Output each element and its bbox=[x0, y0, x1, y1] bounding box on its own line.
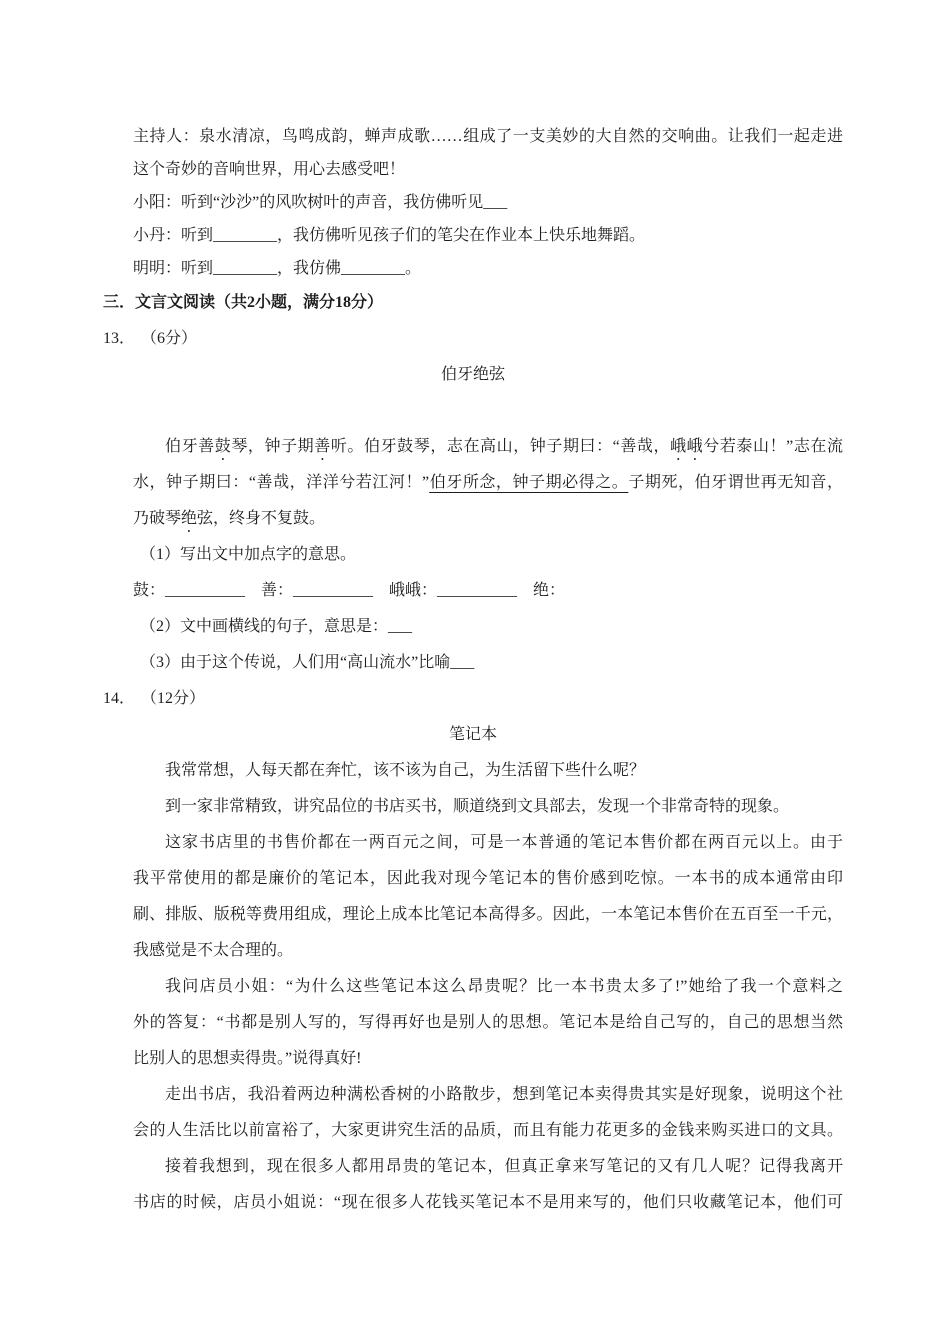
dialogue-line-xiaoyang: 小阳：听到“沙沙”的风吹树叶的声音，我仿佛听见___ bbox=[133, 186, 843, 219]
essay-title: 笔记本 bbox=[103, 717, 843, 753]
question-13-sub1: （1）写出文中加点字的意思。 bbox=[133, 537, 843, 573]
question-13-sub3: （3）由于这个传说，人们用“高山流水”比喻___ bbox=[133, 645, 843, 681]
passage-text: 子期死，伯牙谓世再无知音， bbox=[628, 474, 843, 491]
passage-text: 乃破琴 bbox=[133, 510, 181, 527]
section-heading: 三．文言文阅读（共2小题，满分18分） bbox=[103, 285, 843, 321]
dialogue-line-xiaodan: 小丹：听到________，我仿佛听见孩子们的笔尖在作业本上快乐地舞蹈。 bbox=[133, 219, 843, 252]
emphasized-char: 峨峨 bbox=[670, 438, 703, 455]
dialogue-block: 主持人：泉水清凉，鸟鸣成韵，蝉声成歌……组成了一支美妙的大自然的交响曲。让我们一… bbox=[133, 120, 843, 285]
essay-line-6: 我感觉是不太合理的。 bbox=[133, 933, 843, 969]
essay-line-2: 到一家非常精致，讲究品位的书店买书，顺道绕到文具部去，发现一个非常奇特的现象。 bbox=[133, 789, 843, 825]
essay-line-1: 我常常想，人每天都在奔忙，该不该为自己，为生活留下些什么呢？ bbox=[133, 753, 843, 789]
passage-text: 水，钟子期曰：“善哉，洋洋兮若江河！” bbox=[133, 474, 429, 491]
passage-text: 听。伯牙鼓琴，志在高山，钟子期曰：“善哉， bbox=[331, 438, 670, 455]
essay-line-12: 接着我想到，现在很多人都用昂贵的笔记本，但真正拿来写笔记的又有几人呢？记得我离开 bbox=[133, 1149, 843, 1185]
passage-line-2: 水，钟子期曰：“善哉，洋洋兮若江河！”伯牙所念，钟子期必得之。子期死，伯牙谓世再… bbox=[133, 465, 843, 501]
passage-line-1: 伯牙善鼓琴，钟子期善听。伯牙鼓琴，志在高山，钟子期曰：“善哉，峨峨兮若泰山！”志… bbox=[133, 429, 843, 465]
dialogue-line-mingming: 明明：听到________，我仿佛________。 bbox=[133, 252, 843, 285]
question-14-header: 14．（12分） bbox=[103, 681, 843, 717]
essay-line-7: 我问店员小姐：“为什么这些笔记本这么昂贵呢？比一本书贵太多了!”她给了我一个意料… bbox=[133, 969, 843, 1005]
emphasized-char: 鼓 bbox=[215, 438, 232, 455]
passage-line-3: 乃破琴绝弦，终身不复鼓。 bbox=[133, 501, 843, 537]
dialogue-line-host: 主持人：泉水清凉，鸟鸣成韵，蝉声成歌……组成了一支美妙的大自然的交响曲。让我们一… bbox=[133, 120, 843, 153]
passage-text: 伯牙善 bbox=[165, 438, 215, 455]
passage-text: 弦，终身不复鼓。 bbox=[197, 510, 325, 527]
question-14-score: （12分） bbox=[149, 690, 205, 707]
dialogue-line-host-2: 这个奇妙的音响世界，用心去感受吧！ bbox=[133, 153, 843, 186]
question-13-blanks: 鼓：__________ 善：__________ 峨峨：__________ … bbox=[133, 573, 843, 609]
underlined-sentence: 伯牙所念，钟子期必得之。 bbox=[429, 474, 628, 491]
document-page: 主持人：泉水清凉，鸟鸣成韵，蝉声成歌……组成了一支美妙的大自然的交响曲。让我们一… bbox=[0, 0, 950, 1344]
question-13-number: 13． bbox=[103, 330, 135, 347]
essay-line-3: 这家书店里的书售价都在一两百元之间，可是一本普通的笔记本售价都在两百元以上。由于 bbox=[133, 825, 843, 861]
emphasized-char: 绝 bbox=[181, 510, 197, 527]
question-13-score: （6分） bbox=[149, 330, 197, 347]
document-content: 主持人：泉水清凉，鸟鸣成韵，蝉声成歌……组成了一支美妙的大自然的交响曲。让我们一… bbox=[133, 120, 843, 1221]
blank-line bbox=[133, 393, 843, 429]
passage-text: 兮若泰山！”志在流 bbox=[703, 438, 843, 455]
essay-line-4: 我平常使用的都是廉价的笔记本，因此我对现今笔记本的售价感到吃惊。一本书的成本通常… bbox=[133, 861, 843, 897]
essay-line-9: 比别人的思想卖得贵。”说得真好! bbox=[133, 1041, 843, 1077]
essay-line-5: 刷、排版、版税等费用组成，理论上成本比笔记本高得多。因此，一本笔记本售价在五百至… bbox=[133, 897, 843, 933]
passage-text: 琴，钟子期 bbox=[231, 438, 314, 455]
essay-line-8: 外的答复：“书都是别人写的，写得再好也是别人的思想。笔记本是给自己写的，自己的思… bbox=[133, 1005, 843, 1041]
question-14-number: 14． bbox=[103, 690, 135, 707]
emphasized-char: 善 bbox=[314, 438, 331, 455]
passage-title: 伯牙绝弦 bbox=[103, 357, 843, 393]
question-13-sub2: （2）文中画横线的句子，意思是：___ bbox=[133, 609, 843, 645]
essay-line-10: 走出书店，我沿着两边种满松香树的小路散步，想到笔记本卖得贵其实是好现象，说明这个… bbox=[133, 1077, 843, 1113]
essay-line-11: 会的人生活比以前富裕了，大家更讲究生活的品质，而且有能力花更多的金钱来购买进口的… bbox=[133, 1113, 843, 1149]
question-13-header: 13．（6分） bbox=[103, 321, 843, 357]
essay-line-13: 书店的时候，店员小姐说：“现在很多人花钱买笔记本不是用来写的，他们只收藏笔记本，… bbox=[133, 1185, 843, 1221]
